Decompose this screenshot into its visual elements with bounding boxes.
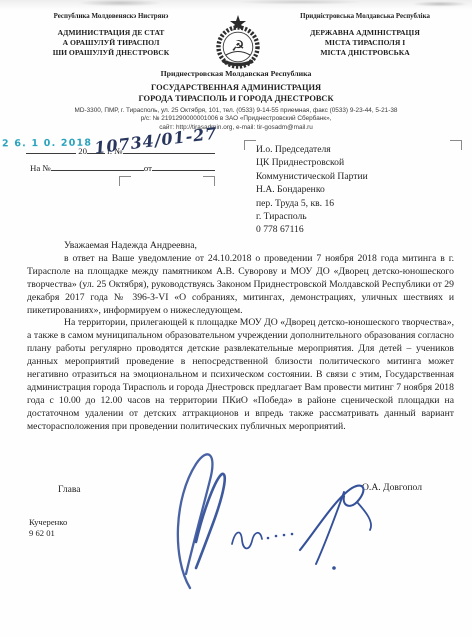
letter-body: Уважаемая Надежда Андреевна, в ответ на … (27, 240, 454, 434)
addressee-block: И.о. Председателя ЦК Приднестровской Ком… (256, 143, 368, 237)
addressee-phone: 0 778 67116 (256, 223, 368, 236)
year-text: 20 (78, 146, 87, 156)
incoming-date-blank (152, 161, 215, 171)
addressee-position-line1: И.о. Председателя (256, 143, 368, 156)
letterhead-center-russian: Приднестровская Молдавская Республика ГО… (0, 69, 472, 132)
handwritten-signature (138, 446, 378, 596)
republic-name-right: Придністровська Молдавська Республіка (276, 13, 454, 21)
addressee-name: Н.А. Бондаренко (256, 183, 368, 196)
letterhead-right-ukrainian: Придністровська Молдавська Республіка ДЕ… (276, 13, 454, 72)
org-name-left-line2: А ОРАШУЛУЙ ТИРАСПОЛ (22, 38, 200, 48)
letterhead: Республика Молдовеняскэ Нистрянэ АДМИНИС… (22, 13, 454, 72)
scan-edge-artifact (0, 0, 472, 10)
field-corner-mark-left-tr (203, 176, 215, 186)
addressee-corner-mark-tr (450, 140, 462, 150)
executor-name: Кучеренко (29, 517, 67, 528)
body-paragraph-2: На территории, прилегающей к площадке МО… (27, 317, 454, 433)
field-corner-mark-left-tl (119, 176, 131, 186)
org-name-right-line3: МІСТА ДНІСТРОВСЬКА (276, 48, 454, 58)
republic-name-left: Республика Молдовеняскэ Нистрянэ (22, 13, 200, 21)
addressee-position-line2: ЦК Приднестровской (256, 156, 368, 169)
republic-name-center: Приднестровская Молдавская Республика (0, 69, 472, 78)
pmr-coat-of-arms-icon: ☭ (212, 14, 264, 72)
body-paragraph-1: в ответ на Ваше уведомление от 24.10.201… (27, 253, 454, 318)
date-blank-line (26, 144, 76, 154)
signer-title: Глава (58, 484, 81, 495)
addressee-street: пер. Труда 5, кв. 16 (256, 197, 368, 210)
contact-site-email: сайт: http://tirasadmin.org, e-mail: tir… (0, 124, 472, 132)
executor-block: Кучеренко 9 62 01 (29, 517, 67, 539)
org-name-center-line2: ГОРОДА ТИРАСПОЛЬ И ГОРОДА ДНЕСТРОВСК (0, 94, 472, 105)
contact-bank-account: р/с: № 2191290000001006 в ЗАО «Приднестр… (0, 115, 472, 123)
incoming-number-line: На №от (30, 161, 215, 173)
scanned-letter-page: Республика Молдовеняскэ Нистрянэ АДМИНИС… (0, 0, 472, 637)
contact-info: MD-3300, ПМР, г. Тирасполь, ул. 25 Октяб… (0, 107, 472, 132)
salutation: Уважаемая Надежда Андреевна, (27, 240, 454, 253)
coat-of-arms-emblem: ☭ (210, 13, 266, 72)
org-name-left-line1: АДМИНИСТРАЦИЯ ДЕ СТАТ (22, 28, 200, 38)
org-name-right-line2: МІСТА ТИРАСПОЛЯ І (276, 38, 454, 48)
incoming-number-blank (51, 161, 144, 171)
org-name-right-line1: ДЕРЖАВНА АДМІНІСТРАЦІЯ (276, 28, 454, 38)
addressee-city: г. Тирасполь (256, 210, 368, 223)
org-name-center-line1: ГОСУДАРСТВЕННАЯ АДМИНИСТРАЦИЯ (0, 83, 472, 94)
from-label: от (144, 163, 152, 173)
addressee-corner-mark-tl (244, 140, 256, 150)
org-name-left-line3: ШИ ОРАШУЛУЙ ДНЕСТРОВСК (22, 48, 200, 58)
addressee-position-line3: Коммунистической Партии (256, 170, 368, 183)
executor-phone: 9 62 01 (29, 528, 67, 539)
on-number-label: На № (30, 163, 51, 173)
letterhead-left-moldovan: Республика Молдовеняскэ Нистрянэ АДМИНИС… (22, 13, 200, 72)
